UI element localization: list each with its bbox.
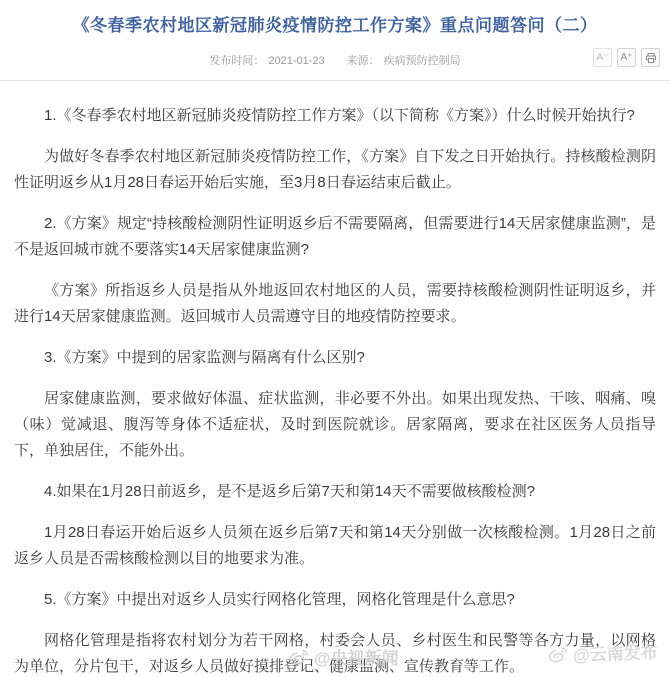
answer-3: 居家健康监测，要求做好体温、症状监测，非必要不外出。如果出现发热、干咳、咽痛、嗅… — [14, 386, 656, 464]
printer-icon — [645, 52, 657, 64]
source-label: 来源： — [347, 55, 380, 67]
page-title: 《冬春季农村地区新冠肺炎疫情防控工作方案》重点问题答问（二） — [0, 14, 670, 38]
question-3: 3.《方案》中提到的居家监测与隔离有什么区别? — [14, 345, 656, 371]
question-1: 1.《冬春季农村地区新冠肺炎疫情防控工作方案》（以下简称《方案》）什么时候开始执… — [14, 103, 656, 129]
article-meta: 发布时间：2021-01-23来源：疾病预防控制局 — [0, 46, 670, 76]
question-4: 4.如果在1月28日前返乡，是不是返乡后第7天和第14天不需要做核酸检测? — [14, 479, 656, 505]
source-value: 疾病预防控制局 — [384, 55, 461, 67]
article-page: 《冬春季农村地区新冠肺炎疫情防控工作方案》重点问题答问（二） 发布时间：2021… — [0, 0, 670, 677]
toolbar: A⁻ A⁺ — [593, 48, 660, 67]
answer-2: 《方案》所指返乡人员是指从外地返回农村地区的人员，需要持核酸检测阴性证明返乡，并… — [14, 278, 656, 330]
font-increase-button[interactable]: A⁺ — [617, 48, 636, 67]
answer-5: 网格化管理是指将农村划分为若干网格，村委会人员、乡村医生和民警等各方力量，以网格… — [14, 628, 656, 677]
font-decrease-button[interactable]: A⁻ — [593, 48, 612, 67]
print-button[interactable] — [641, 48, 660, 67]
answer-1: 为做好冬春季农村地区新冠肺炎疫情防控工作，《方案》自下发之日开始执行。持核酸检测… — [14, 144, 656, 196]
answer-4: 1月28日春运开始后返乡人员须在返乡后第7天和第14天分别做一次核酸检测。1月2… — [14, 520, 656, 572]
question-5: 5.《方案》中提出对返乡人员实行网格化管理，网格化管理是什么意思? — [14, 587, 656, 613]
header-divider — [0, 80, 670, 81]
meta-row: 发布时间：2021-01-23来源：疾病预防控制局 A⁻ A⁺ — [0, 46, 670, 76]
article-header: 《冬春季农村地区新冠肺炎疫情防控工作方案》重点问题答问（二） 发布时间：2021… — [0, 0, 670, 81]
publish-date: 2021-01-23 — [268, 55, 324, 67]
article-body: 1.《冬春季农村地区新冠肺炎疫情防控工作方案》（以下简称《方案》）什么时候开始执… — [0, 81, 670, 677]
publish-time-label: 发布时间： — [209, 55, 264, 67]
question-2: 2.《方案》规定“持核酸检测阴性证明返乡后不需要隔离，但需要进行14天居家健康监… — [14, 211, 656, 263]
